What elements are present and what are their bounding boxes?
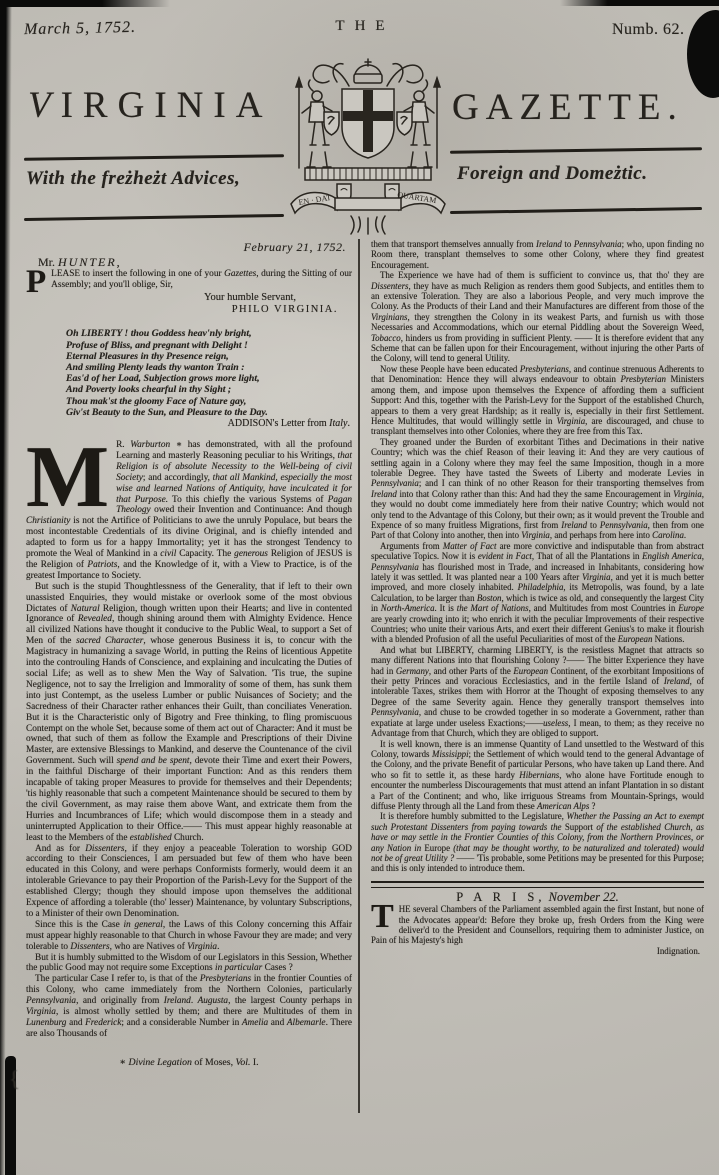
news-paragraph: Arguments from Matter of Fact are more c… xyxy=(371,541,704,645)
news-paragraph: The Experience we have had of them is su… xyxy=(371,270,704,364)
letter-signoff: Your humble Servant, xyxy=(26,293,352,304)
essay-paragraph: The particular Case I refer to, is that … xyxy=(26,974,352,1039)
news-paragraph: them that transport themselves annually … xyxy=(371,239,704,270)
masthead-title-virginia: VIRGINIA xyxy=(28,84,272,127)
masthead-subtitle-left: With the freżheżt Advices, xyxy=(26,168,240,190)
section-rule xyxy=(371,881,704,888)
paris-dropcap: T xyxy=(371,906,394,928)
scan-artifact-margin-brace: { xyxy=(8,1066,20,1093)
column-divider xyxy=(358,239,360,1113)
letter-dropcap: P xyxy=(26,271,46,293)
poem-line: Giv'st Beauty to the Sun, and Pleasure t… xyxy=(66,407,352,418)
poem-line: And Poverty looks chearful in thy Sight … xyxy=(66,384,352,395)
essay: MR. Warburton ∗ has demonstrated, with a… xyxy=(26,440,352,1040)
poem-line: Oh LIBERTY ! thou Goddess heav'nly brigh… xyxy=(66,328,352,339)
poem-line: Thou mak'st the gloomy Face of Nature ga… xyxy=(66,396,352,407)
letter-opening: PLEASE to insert the following in one of… xyxy=(26,269,352,291)
paris-paragraph-text: HE several Chambers of the Parliament as… xyxy=(371,904,704,945)
news-paragraph: Now these People have been educated Pres… xyxy=(371,364,704,437)
salutation-prefix: Mr. xyxy=(38,255,58,269)
paris-last-word: Indignation. xyxy=(371,946,704,956)
masthead-rule-right-top xyxy=(450,147,702,153)
scan-artifact-top-left-edge xyxy=(0,0,170,7)
masthead-the: THE xyxy=(290,18,440,35)
poem-line: And smiling Plenty leads thy wanton Trai… xyxy=(66,362,352,373)
paris-dateline-heading: P A R I S, November 22. xyxy=(371,892,704,902)
issue-number: Numb. 62. xyxy=(612,21,685,39)
virginia-coat-of-arms-icon: EN · DAT QUARTAM xyxy=(277,56,459,244)
paris-paragraph: THE several Chambers of the Parliament a… xyxy=(371,904,704,946)
essay-paragraph: But such is the stupid Thoughtlessness o… xyxy=(26,582,352,844)
scan-artifact-left-edge xyxy=(0,0,12,1175)
masthead-subtitle-right: Foreign and Domeżtic. xyxy=(457,163,647,185)
right-column: them that transport themselves annually … xyxy=(371,239,704,956)
poem: Oh LIBERTY ! thou Goddess heav'nly brigh… xyxy=(66,328,352,418)
essay-paragraph: But it is humbly submitted to the Wisdom… xyxy=(26,953,352,975)
news-paragraph: It is therefore humbly submitted to the … xyxy=(371,811,704,873)
letter-dateline: February 21, 1752. xyxy=(26,242,352,253)
essay-dropcap: M xyxy=(26,446,109,510)
news-paragraph: And what but LIBERTY, charming LIBERTY, … xyxy=(371,645,704,739)
footnote-text: Divine Legation of Moses, Vol. I. xyxy=(129,1057,259,1068)
salutation-name: HUNTER, xyxy=(58,255,122,269)
poem-line: Eas'd of her Load, Subjection grows more… xyxy=(66,373,352,384)
poem-line: Profuse of Bliss, and pregnant with Deli… xyxy=(66,340,352,351)
letter-signature: PHILO VIRGINIA. xyxy=(26,305,352,316)
news-paragraph: It is well known, there is an immense Qu… xyxy=(371,739,704,812)
paris-place: P A R I S, xyxy=(456,890,545,904)
crest-engraving: EN · DAT QUARTAM xyxy=(277,56,459,244)
letter-opening-text: LEASE to insert the following in one of … xyxy=(51,269,352,290)
poem-line: Eternal Pleasures in thy Presence reign, xyxy=(66,351,352,362)
newspaper-page: March 5, 1752. THE Numb. 62. VIRGINIA GA… xyxy=(0,0,719,1175)
news-paragraph: They groaned under the Burden of exorbit… xyxy=(371,437,704,541)
footnote-marker: ∗ xyxy=(119,1057,126,1068)
paris-date: November 22. xyxy=(549,890,619,904)
masthead-rule-left-top xyxy=(24,154,284,160)
issue-date: March 5, 1752. xyxy=(24,19,136,39)
scan-artifact-top-right-edge xyxy=(560,0,719,6)
essay-paragraph: MR. Warburton ∗ has demonstrated, with a… xyxy=(26,440,352,582)
letter-salutation: Mr. HUNTER, xyxy=(38,257,352,268)
footnote: ∗ Divine Legation of Moses, Vol. I. xyxy=(26,1058,352,1069)
essay-paragraph: And as for Dissenters, if they enjoy a p… xyxy=(26,844,352,920)
essay-paragraph: Since this is the Case in general, the L… xyxy=(26,920,352,953)
masthead-rule-right-bottom xyxy=(450,207,702,214)
left-column: February 21, 1752. Mr. HUNTER, PLEASE to… xyxy=(26,242,352,1069)
scan-artifact-top-right-blob xyxy=(687,10,719,98)
masthead-rule-left-bottom xyxy=(24,214,284,221)
masthead-title-gazette: GAZETTE. xyxy=(452,86,684,129)
